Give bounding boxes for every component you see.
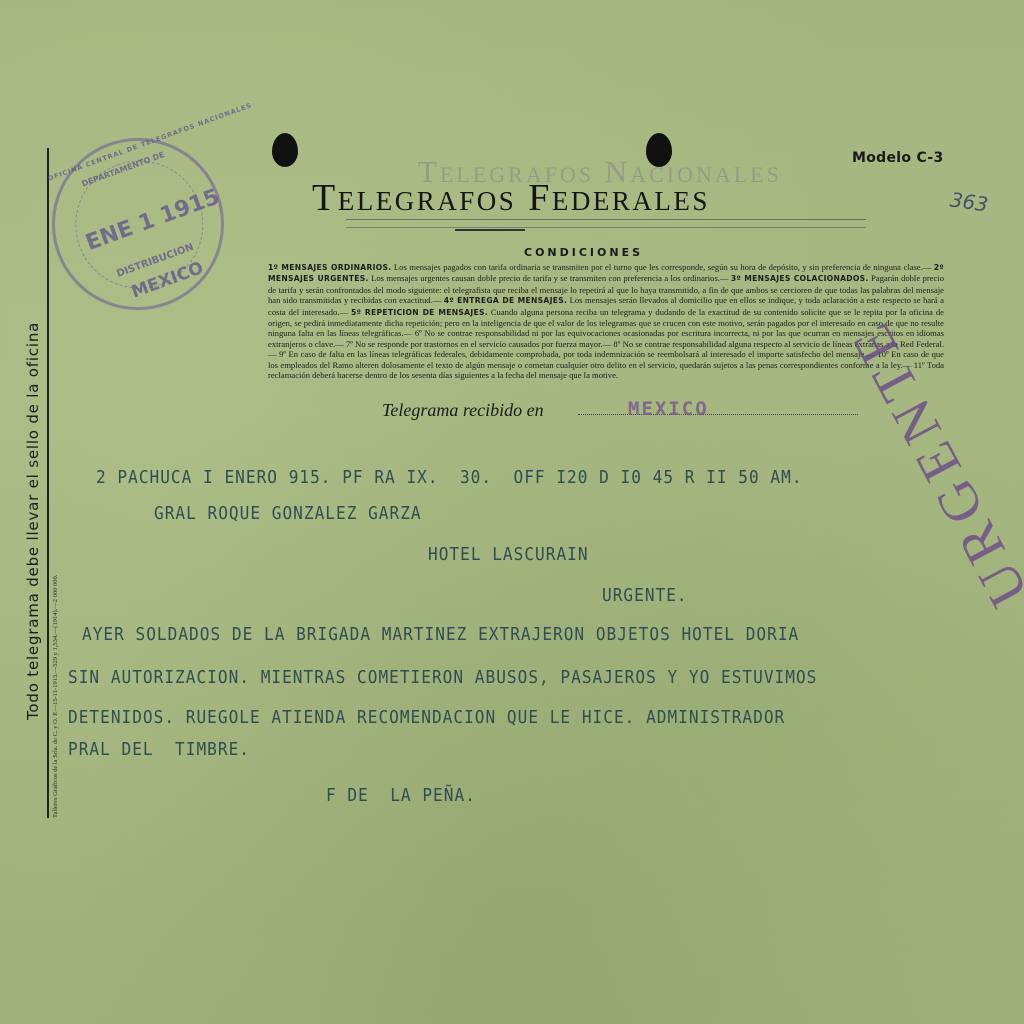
title-rule [346,227,866,228]
telegram-addressee: GRAL ROQUE GONZALEZ GARZA [154,504,422,524]
condition-1: 1º MENSAJES ORDINARIOS. Los mensajes pag… [268,262,934,272]
title-rule-short [455,229,525,231]
telegram-header-line: 2 PACHUCA I ENERO 915. PF RA IX. 30. OFF… [96,468,803,488]
received-at-label: Telegrama recibido en [382,400,544,421]
margin-rule [47,148,49,818]
received-city-stamp: MEXICO [628,398,709,420]
telegram-signature: F DE LA PEÑA. [326,786,476,806]
title-rule [346,219,866,220]
date-received-round-stamp: OFICINA CENTRAL DE TELEGRAFOS NACIONALES… [28,114,248,334]
conditions-heading: CONDICIONES [524,246,643,259]
printer-imprint: Talleres Gráficos de la Srla. de C. y O.… [52,575,59,818]
handwritten-file-number: 363 [949,187,990,216]
received-at-dotted-line [578,414,858,415]
conditions-text: 1º MENSAJES ORDINARIOS. Los mensajes pag… [268,262,944,380]
margin-instruction: Todo telegrama debe llevar el sello de l… [24,322,42,720]
telegram-body-line: AYER SOLDADOS DE LA BRIGADA MARTINEZ EXT… [82,625,799,645]
telegram-body-line: SIN AUTORIZACION. MIENTRAS COMETIERON AB… [68,668,817,688]
punch-hole [272,133,298,167]
telegram-priority: URGENTE. [602,586,688,606]
form-title: Telegrafos Federales [312,176,710,220]
telegram-body-line: DETENIDOS. RUEGOLE ATIENDA RECOMENDACION… [68,708,785,728]
telegram-address: HOTEL LASCURAIN [428,545,589,565]
form-model-number: Modelo C-3 [852,150,944,166]
telegram-body-line: PRAL DEL TIMBRE. [68,740,250,760]
